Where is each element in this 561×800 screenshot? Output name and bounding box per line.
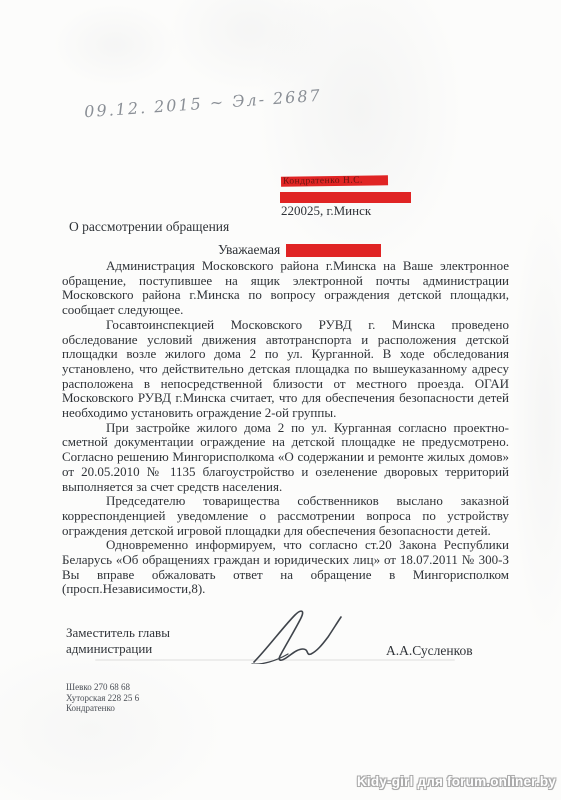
body-paragraph: Председателю товарищества собственников …	[62, 494, 509, 538]
recipient-city-line: 220025, г.Минск	[281, 203, 371, 219]
signature-underline	[95, 659, 455, 661]
footer-contact-line: Шевко 270 68 68	[66, 682, 139, 693]
handwritten-registration-note: 09.12. 2015 ~ Эл- 2687	[84, 86, 323, 122]
body-paragraph: При застройке жилого дома 2 по ул. Курга…	[62, 421, 509, 495]
signature-position-line-1: Заместитель главы	[66, 625, 170, 641]
footer-contacts: Шевко 270 68 68 Хуторская 228 25 6 Кондр…	[66, 682, 139, 714]
subject-line: О рассмотрении обращения	[69, 219, 229, 235]
watermark: Kidy-girl для forum.onliner.by	[357, 774, 556, 789]
salutation-row: Уважаемая	[218, 242, 381, 258]
redaction-bar-recipient-name: Кондратенко Н.С.	[281, 175, 388, 186]
body-paragraph: Одновременно информируем, что согласно с…	[62, 538, 509, 597]
redaction-bar-recipient-address	[280, 192, 411, 203]
signature-name: А.А.Сусленков	[386, 643, 473, 659]
footer-contact-line: Хуторская 228 25 6	[66, 693, 139, 704]
redacted-recipient-name-text: Кондратенко Н.С.	[281, 175, 388, 186]
salutation-text: Уважаемая	[218, 242, 280, 258]
footer-contact-line: Кондратенко	[66, 703, 139, 714]
letter-body: Администрация Московского района г.Минск…	[62, 259, 509, 597]
signature-position-line-2: администрации	[66, 641, 170, 657]
signature-image	[250, 608, 358, 664]
body-paragraph: Госавтоинспекцией Московского РУВД г. Ми…	[62, 318, 509, 421]
scanned-letter-page: 09.12. 2015 ~ Эл- 2687 Кондратенко Н.С. …	[0, 0, 561, 800]
body-paragraph: Администрация Московского района г.Минск…	[62, 259, 509, 318]
signature-position-title: Заместитель главы администрации	[66, 625, 170, 657]
redaction-bar-salutation-name	[286, 244, 381, 257]
